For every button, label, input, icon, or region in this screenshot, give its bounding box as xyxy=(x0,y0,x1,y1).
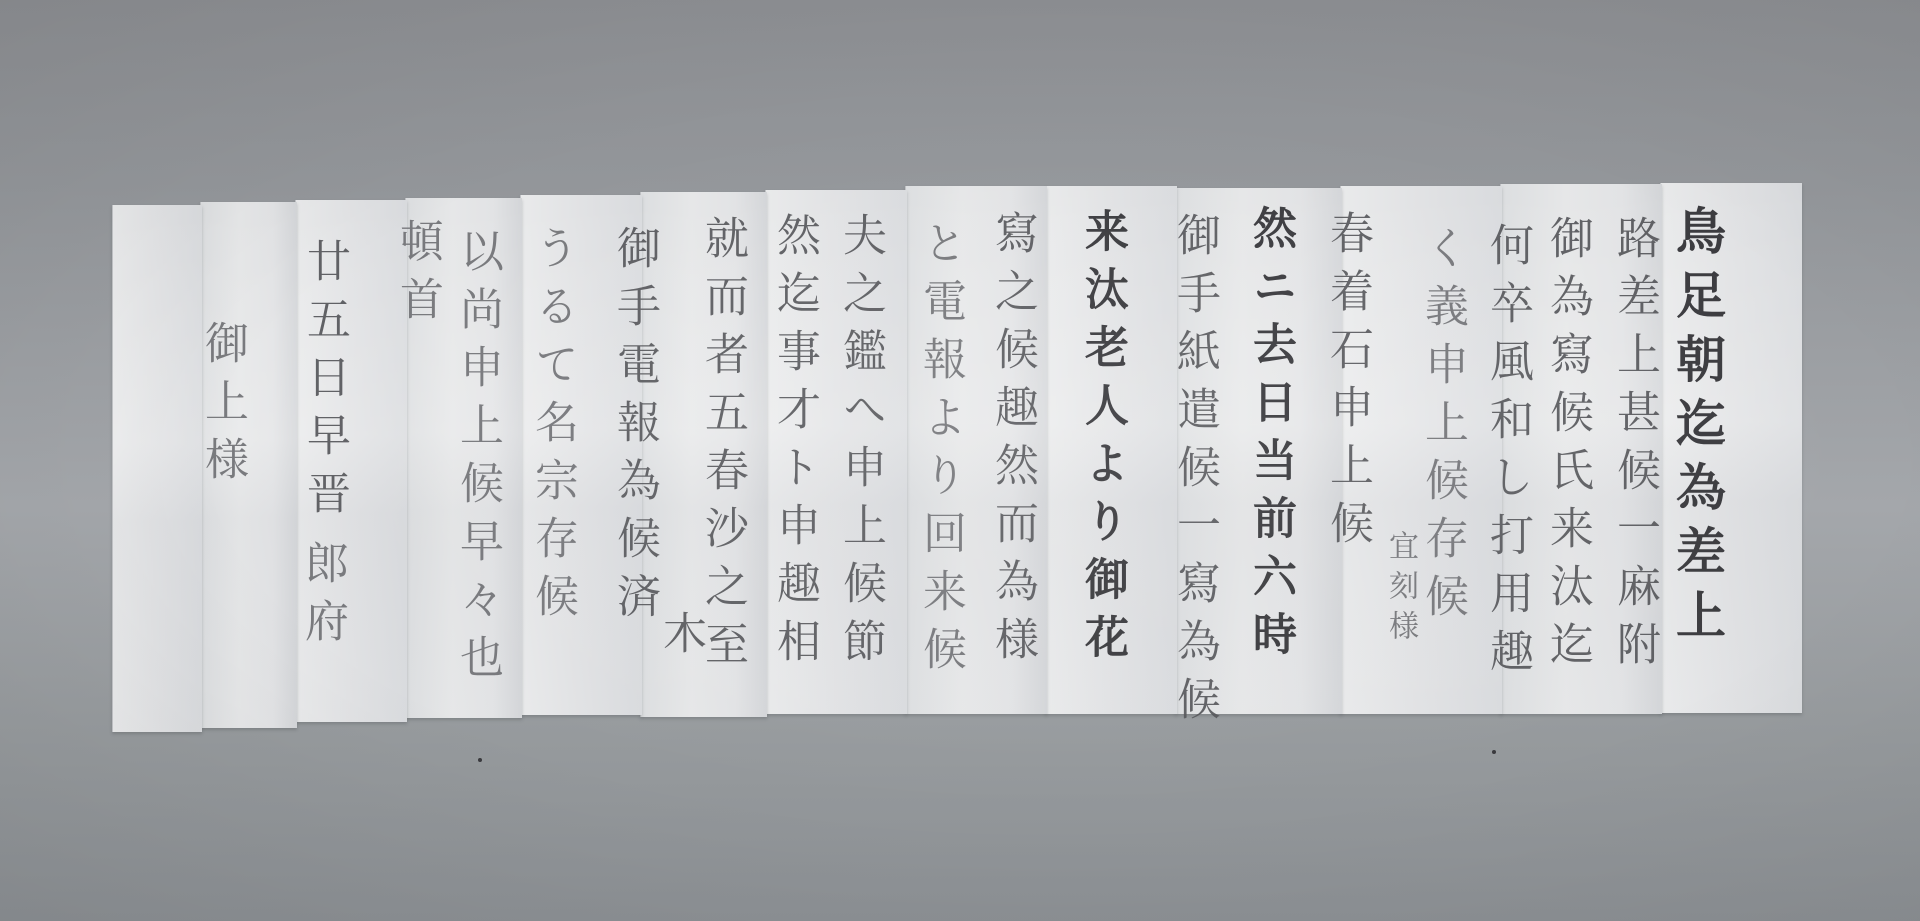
handwriting-column: 以尚申上候早々也 xyxy=(455,228,499,692)
handwriting-column: 夫之鑑へ申上候節 xyxy=(838,212,882,676)
handwriting-column: と電報より回来候 xyxy=(918,220,962,684)
handwriting-column: うるて名宗存候 xyxy=(530,225,574,631)
handwriting-column: 路差上甚候一麻附 xyxy=(1612,215,1656,679)
paper-panel-13 xyxy=(112,205,202,732)
handwriting-column: 木 xyxy=(658,610,702,668)
handwriting-column: 御手紙遣候一寫為候 xyxy=(1172,212,1216,734)
handwriting-column: 何卒風和し打用趣 xyxy=(1485,222,1529,686)
handwriting-column: 春着石申上候 xyxy=(1325,210,1369,558)
handwriting-column: 宜刻様 xyxy=(1385,530,1415,650)
handwriting-column: 頓首 xyxy=(395,218,439,334)
speck xyxy=(478,758,482,762)
speck xyxy=(1492,750,1496,754)
handwriting-column: 廿五日早晋 xyxy=(302,238,346,528)
handwriting-column: 就而者五春沙之至 xyxy=(700,215,744,679)
handwriting-column: 郎府 xyxy=(300,540,344,656)
handwriting-column: く義申上候存候 xyxy=(1420,225,1464,631)
handwriting-column: 来汰老人より御花 xyxy=(1080,208,1124,672)
handwriting-column: 然迄事才ト申趣相 xyxy=(772,212,816,676)
handwriting-column: 鳥足朝迄為差上 xyxy=(1672,205,1722,653)
folded-letter: 鳥足朝迄為差上 路差上甚候一麻附 御為寫候氏来汰迄 何卒風和し打用趣 く義申上候… xyxy=(0,0,1920,921)
photograph: 鳥足朝迄為差上 路差上甚候一麻附 御為寫候氏来汰迄 何卒風和し打用趣 く義申上候… xyxy=(0,0,1920,921)
handwriting-column: 寫之候趣然而為様 xyxy=(990,210,1034,674)
handwriting-column: 御為寫候氏来汰迄 xyxy=(1545,215,1589,679)
handwriting-column: 然ニ去日当前六時 xyxy=(1248,205,1292,669)
handwriting-column: 御手電報為候済 xyxy=(612,225,656,631)
handwriting-column: 御上様 xyxy=(200,320,244,494)
